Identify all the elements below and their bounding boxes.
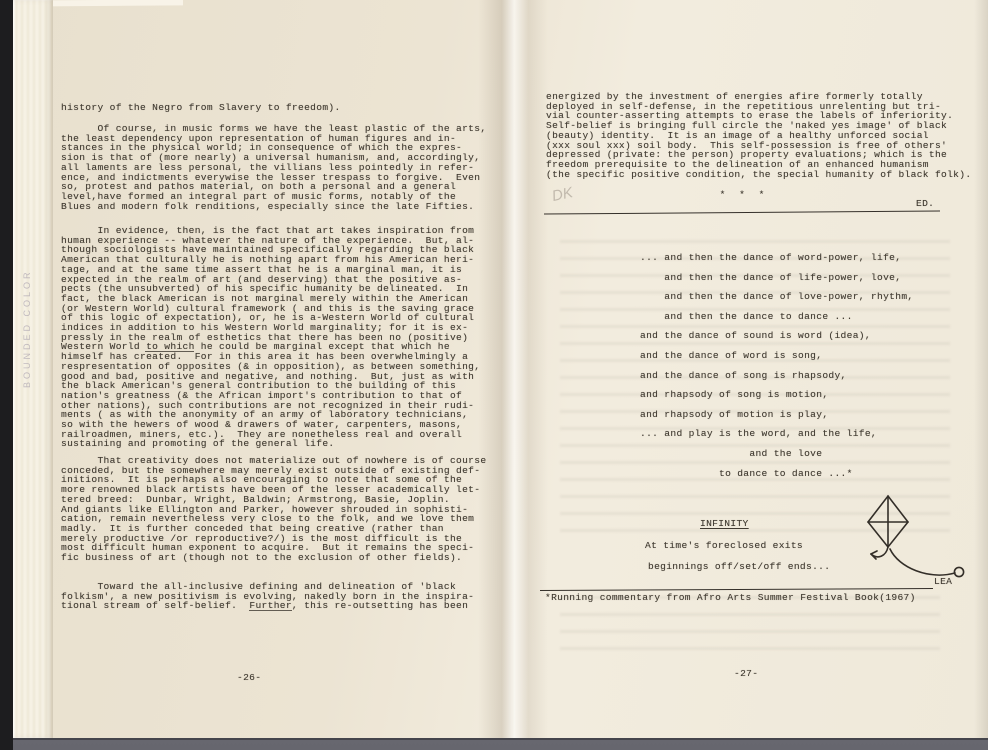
editor-initials: ED. <box>916 199 934 209</box>
underline-to-which <box>145 351 194 352</box>
left-page-number: -26- <box>237 673 261 683</box>
dance-poem: ... and then the dance of word-power, li… <box>640 248 913 483</box>
edge-stamp-text: BOUNDED COLOR <box>22 168 32 388</box>
left-page-paragraph-2: In evidence, then, is the fact that art … <box>61 226 480 449</box>
left-page-paragraph-3: That creativity does not materialize out… <box>61 456 486 563</box>
left-page-paragraph-4: Toward the all-inclusive defining and de… <box>61 582 474 611</box>
artist-initials: LEA <box>934 577 952 587</box>
infinity-line-1: At time's foreclosed exits <box>645 541 803 551</box>
underline-further <box>249 610 292 611</box>
infinity-line-2: beginnings off/set/off ends... <box>648 562 830 572</box>
left-page-paragraph-1: Of course, in music forms we have the le… <box>61 124 486 211</box>
right-page-number: -27- <box>734 669 758 679</box>
left-page-opening-line: history of the Negro from Slavery to fre… <box>61 103 341 113</box>
infinity-heading: INFINITY <box>700 519 749 529</box>
footnote: *Running commentary from Afro Arts Summe… <box>545 593 916 603</box>
page-fore-edge <box>13 0 53 738</box>
book-gutter-shadow <box>478 0 548 738</box>
book-scan: BOUNDED COLOR history of the Negro from … <box>0 0 988 750</box>
page-right-edge-shadow <box>974 0 988 738</box>
asterisk-separator: * * * <box>546 190 942 200</box>
right-page-paragraph: energized by the investment of energies … <box>546 92 971 179</box>
photo-left-edge <box>0 0 13 750</box>
kite-doodle <box>845 484 973 588</box>
